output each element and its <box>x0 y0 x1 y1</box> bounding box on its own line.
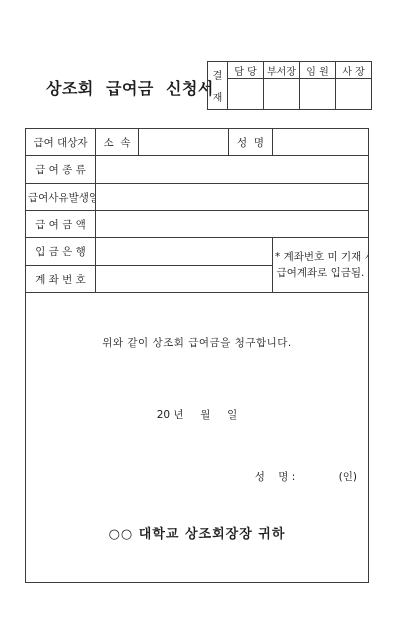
approval-box: 결 재 담 당 부서장 임 원 사 장 <box>207 61 372 110</box>
row-recipient: 급여 대상자 소 속 성 명 <box>26 129 369 156</box>
approval-sign-cell-dept-head <box>264 79 300 110</box>
account-number-label: 계 좌 번 호 <box>26 266 96 293</box>
row-deposit-bank: 입 금 은 행 * 계좌번호 미 기재 시 급여계좌로 입금됨. <box>26 238 369 266</box>
date-line: 20 년 월 일 <box>28 407 366 422</box>
form-body-cell: 위와 같이 상조회 급여금을 청구합니다. 20 년 월 일 성 명 : (인)… <box>26 293 369 583</box>
approval-stamp-char-1: 결 <box>213 67 223 82</box>
benefit-amount-value-cell <box>96 211 369 238</box>
benefit-amount-label: 급 여 금 액 <box>26 211 96 238</box>
claim-statement: 위와 같이 상조회 급여금을 청구합니다. <box>28 335 366 350</box>
application-form-page: 상조회 급여금 신청서 결 재 담 당 부서장 임 원 사 장 <box>0 0 400 626</box>
benefit-form-table: 급여 대상자 소 속 성 명 급 여 종 류 급여사유발생일 급 여 금 액 입… <box>25 128 369 583</box>
approval-col-executive: 임 원 <box>300 62 336 79</box>
row-body: 위와 같이 상조회 급여금을 청구합니다. 20 년 월 일 성 명 : (인)… <box>26 293 369 583</box>
recipient-label: 급여 대상자 <box>26 129 96 156</box>
benefit-type-value-cell <box>96 156 369 184</box>
approval-stamp-char-2: 재 <box>213 89 223 104</box>
addressee-line: ○○ 대학교 상조회장장 귀하 <box>28 523 366 542</box>
cause-date-value-cell <box>96 184 369 211</box>
approval-stamp-label: 결 재 <box>208 62 228 110</box>
cause-date-label: 급여사유발생일 <box>26 184 96 211</box>
approval-col-staff: 담 당 <box>228 62 264 79</box>
row-cause-date: 급여사유발생일 <box>26 184 369 211</box>
page-title: 상조회 급여금 신청서 <box>46 76 214 99</box>
approval-col-president: 사 장 <box>336 62 372 79</box>
row-benefit-type: 급 여 종 류 <box>26 156 369 184</box>
signature-line: 성 명 : (인) <box>255 469 357 484</box>
affiliation-label: 소 속 <box>96 129 139 156</box>
name-value-cell <box>273 129 369 156</box>
account-note-line-1: * 계좌번호 미 기재 시 <box>275 249 366 265</box>
approval-stamp-vertical-text: 결 재 <box>208 64 227 108</box>
account-note-line-2: 급여계좌로 입금됨. <box>275 265 366 281</box>
account-note-cell: * 계좌번호 미 기재 시 급여계좌로 입금됨. <box>273 238 369 293</box>
affiliation-value-cell <box>139 129 229 156</box>
name-label: 성 명 <box>229 129 273 156</box>
approval-col-dept-head: 부서장 <box>264 62 300 79</box>
deposit-bank-label: 입 금 은 행 <box>26 238 96 266</box>
deposit-bank-value-cell <box>96 238 273 266</box>
account-number-value-cell <box>96 266 273 293</box>
approval-sign-cell-staff <box>228 79 264 110</box>
approval-sign-cell-president <box>336 79 372 110</box>
row-benefit-amount: 급 여 금 액 <box>26 211 369 238</box>
form-body-inner: 위와 같이 상조회 급여금을 청구합니다. 20 년 월 일 성 명 : (인)… <box>28 293 366 582</box>
benefit-type-label: 급 여 종 류 <box>26 156 96 184</box>
approval-sign-cell-executive <box>300 79 336 110</box>
